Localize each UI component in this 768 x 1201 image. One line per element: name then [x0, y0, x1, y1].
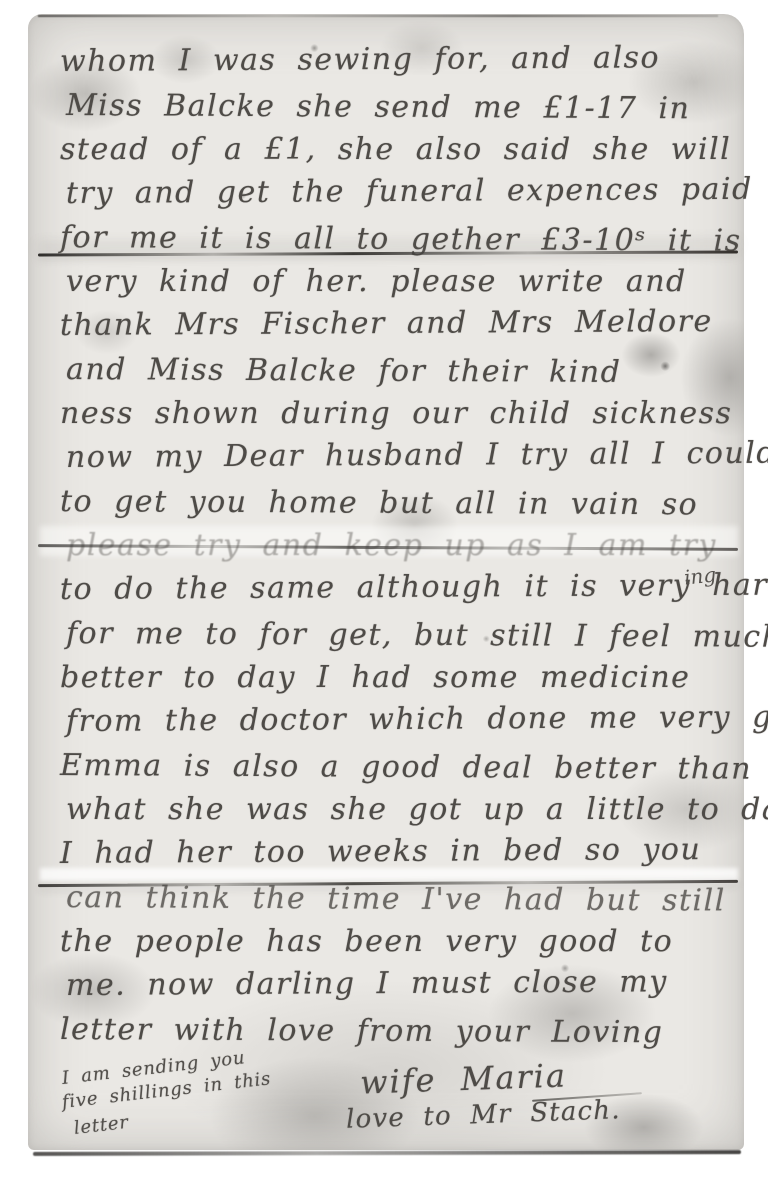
letter-line: what she was she got up a little to day: [66, 788, 730, 832]
letter-line: whom I was sewing for, and also: [60, 36, 730, 84]
letter-line: better to day I had some medicine: [60, 656, 730, 700]
letter-line: now my Dear husband I try all I could: [66, 432, 730, 480]
signature-wife-maria: wife Maria: [359, 1056, 567, 1101]
letter-line: the people has been very good to: [60, 920, 730, 964]
letter-line: try and get the funeral expences paid: [66, 168, 730, 216]
letter-line: to get you home but all in vain so: [60, 480, 730, 528]
closing-love-line: love to Mr Stach.: [346, 1095, 622, 1135]
letter-line: Miss Balcke she send me £1-17 in: [66, 84, 730, 131]
letter-line: Emma is also a good deal better than: [60, 744, 730, 792]
closing-aside-line: letter: [73, 1112, 130, 1139]
letter-closing: I am sending you five shillings in this …: [62, 1052, 730, 1148]
letter-paper: whom I was sewing for, and also Miss Bal…: [28, 14, 744, 1150]
letter-line: to do the same although it is very hard: [60, 564, 730, 612]
interline-insertion: ing: [683, 562, 717, 589]
letter-line: thank Mrs Fischer and Mrs Meldore: [60, 300, 730, 348]
letter-line: and Miss Balcke for their kind: [66, 348, 730, 395]
letter-line: for me to for get, but still I feel much: [66, 612, 730, 659]
paper-top-edge-crease: [38, 15, 718, 17]
letter-line: stead of a £1, she also said she will: [60, 128, 730, 172]
letter-line: ness shown during our child sickness: [60, 392, 730, 436]
letter-body: whom I was sewing for, and also Miss Bal…: [60, 40, 730, 1052]
letter-line: I had her too weeks in bed so you: [60, 828, 730, 876]
letter-line: very kind of her. please write and: [66, 260, 730, 304]
letter-line: for me it is all to gether £3-10ˢ it is: [60, 216, 730, 264]
letter-line: from the doctor which done me very good: [66, 696, 730, 744]
letter-line: letter with love from your Loving: [60, 1008, 730, 1056]
letter-line: me. now darling I must close my: [66, 960, 730, 1008]
